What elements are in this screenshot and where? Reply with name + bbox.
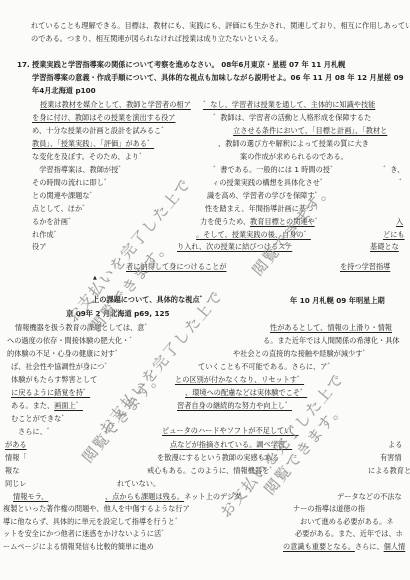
watermark-layer: お支払いを完了した上で閲覧できます。閲覧できます。お支払いを完了した上で閲覧でき…	[0, 0, 410, 580]
payment-watermark: 閲覧できます。	[250, 181, 335, 279]
payment-watermark: お支払いを完了した上で	[65, 176, 194, 326]
document-page: れていることも理解できる。目標は、教材にも、実践にも、評価にも生かされ、関連して…	[0, 0, 410, 580]
payment-watermark: お支払いを完了した上で	[218, 371, 347, 521]
payment-watermark: 閲覧できます。	[80, 368, 165, 466]
